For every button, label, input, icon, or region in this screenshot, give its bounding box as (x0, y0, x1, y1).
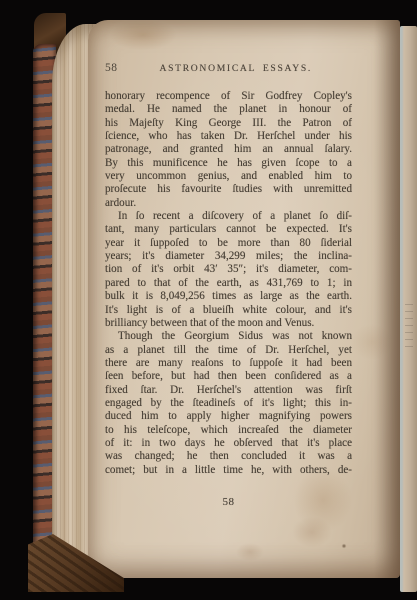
text-line: was changed; he then concluded it was a (105, 450, 352, 463)
text-line: By this munificence he has given ſcope t… (105, 157, 352, 170)
text-line: tion of it's orbit 43′ 35″; it's diamete… (105, 263, 352, 276)
text-line: of it: in two days he obſerved that it's… (105, 437, 352, 450)
text-line: year it ſuppoſed to be more than 80 ſide… (105, 237, 352, 250)
text-line: his Majeſty King George III. the Patron … (105, 117, 352, 130)
text-line: ardour. (105, 197, 352, 210)
paragraph: honorary recompence of Sir Godfrey Cople… (105, 90, 352, 210)
facing-page-sliver (400, 26, 417, 592)
text-line: patronage, and granted him an annual ſal… (105, 143, 352, 156)
text-line: duced him to apply higher magnifying pow… (105, 410, 352, 423)
text-line: comet; but in a little time he, with oth… (105, 464, 352, 477)
text-line: honorary recompence of Sir Godfrey Cople… (105, 90, 352, 103)
text-line: very uncommon genius, and enabled him to (105, 170, 352, 183)
page-header: 58 ASTRONOMICAL ESSAYS. (105, 62, 352, 74)
text-line: ſeen before, but had then been conſidere… (105, 370, 352, 383)
text-line: tant, many particulars cannot be expecte… (105, 223, 352, 236)
text-line: years; it's diameter 34,299 miles; the i… (105, 250, 352, 263)
text-line: engaged by the ſteadineſs of it's light;… (105, 397, 352, 410)
text-line: In ſo recent a diſcovery of a planet ſo … (105, 210, 352, 223)
running-title: ASTRONOMICAL ESSAYS. (118, 63, 353, 74)
paragraph: Though the Georgium Sidus was not knowna… (105, 330, 352, 477)
text-line: to his teleſcope, which increaſed the di… (105, 424, 352, 437)
text-line: proſecute his favourite ſtudies with unr… (105, 183, 352, 196)
header-page-number: 58 (105, 62, 118, 74)
text-line: pared to that of the earth, as 431,769 t… (105, 277, 352, 290)
text-line: bulk it is 8,049,256 times as large as t… (105, 290, 352, 303)
text-line: fixed ſtar. Dr. Herſchel's attention was… (105, 384, 352, 397)
text-line: ſcience, who has taken Dr. Herſchel unde… (105, 130, 352, 143)
text-line: medal. He named the planet in honour of (105, 103, 352, 116)
text-line: It's light is of a blueiſh white colour,… (105, 304, 352, 317)
text-line: there are many reaſons to ſuppoſe it had… (105, 357, 352, 370)
text-line: Though the Georgium Sidus was not known (105, 330, 352, 343)
book-page: 58 ASTRONOMICAL ESSAYS. honorary recompe… (88, 20, 400, 578)
text-line: as a planet till the time of Dr. Herſche… (105, 344, 352, 357)
book-photo: 58 ASTRONOMICAL ESSAYS. honorary recompe… (0, 0, 417, 600)
paragraph: In ſo recent a diſcovery of a planet ſo … (105, 210, 352, 330)
gutter-shadow (374, 20, 400, 578)
body-text: honorary recompence of Sir Godfrey Cople… (105, 90, 352, 477)
text-line: brilliancy between that of the moon and … (105, 317, 352, 330)
footer-page-number: 58 (105, 496, 352, 508)
